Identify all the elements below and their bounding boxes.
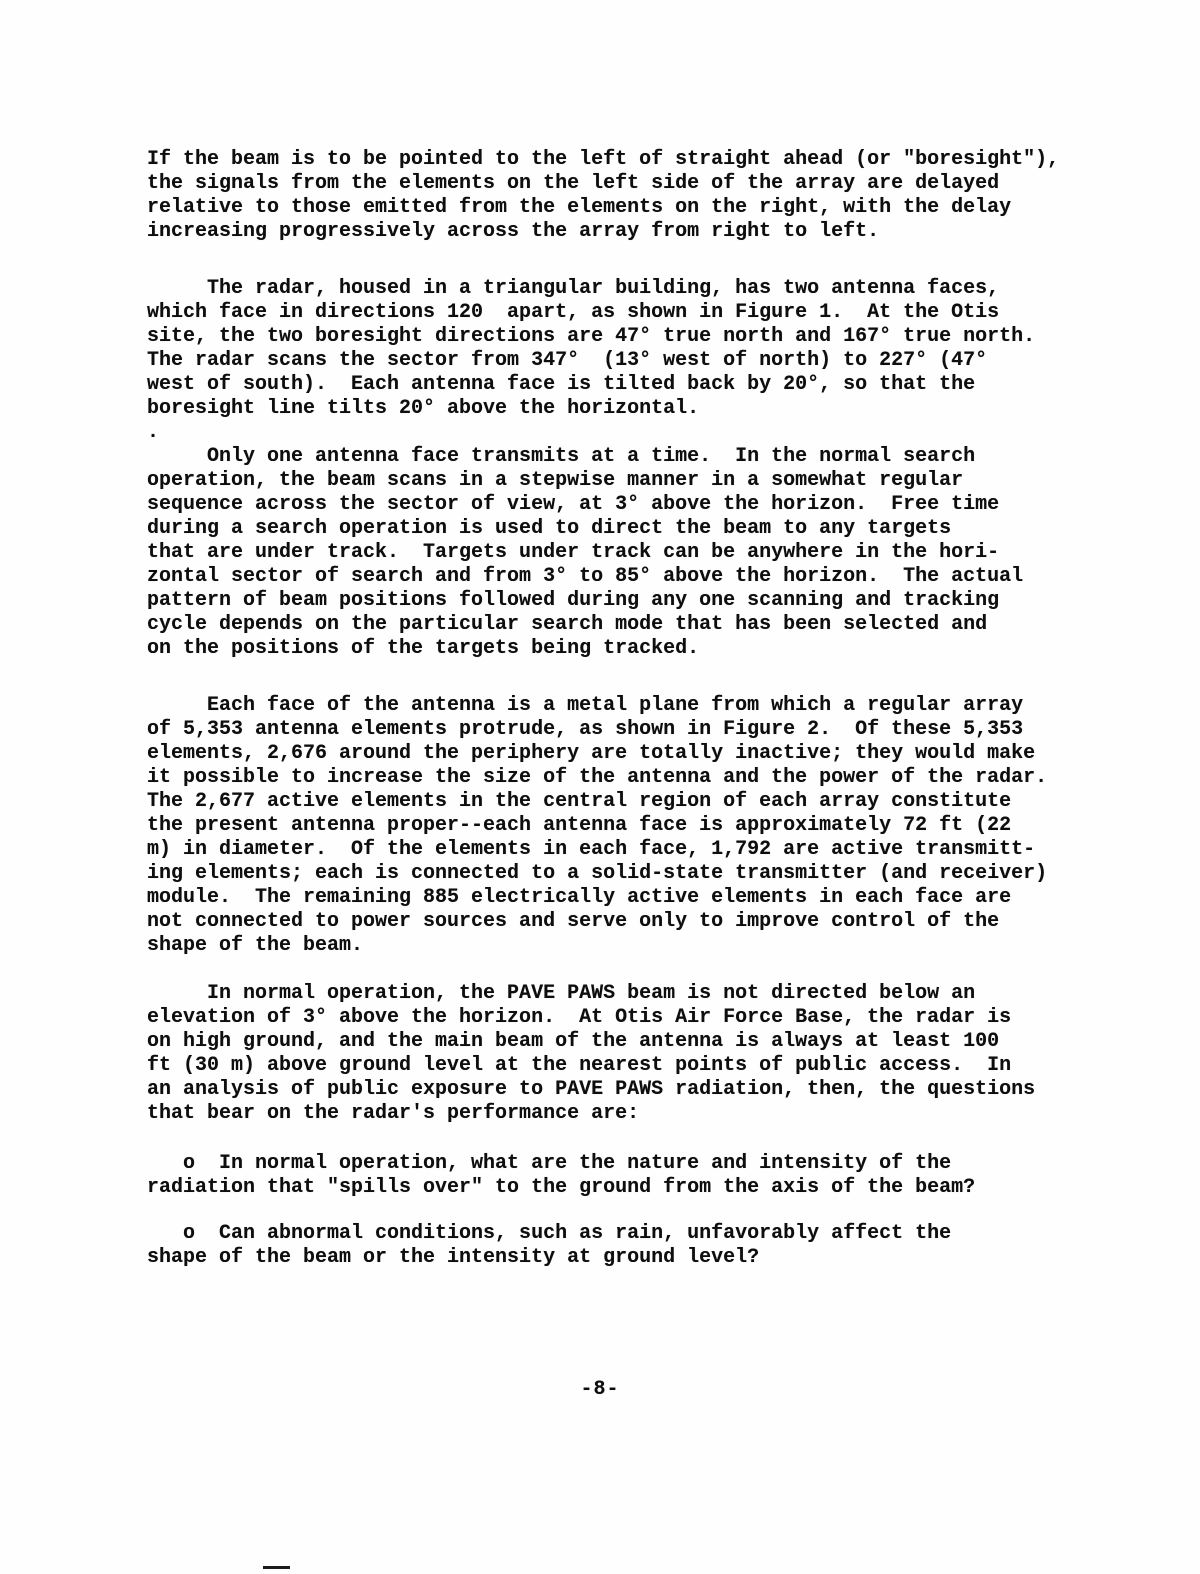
- text-line: shape of the beam or the intensity at gr…: [147, 1246, 1127, 1270]
- bullet-paragraph: o In normal operation, what are the natu…: [147, 1152, 1127, 1200]
- text-line: which face in directions 120 apart, as s…: [147, 301, 1127, 325]
- text-line: during a search operation is used to dir…: [147, 517, 1127, 541]
- paragraph: Only one antenna face transmits at a tim…: [147, 445, 1127, 661]
- paragraph: If the beam is to be pointed to the left…: [147, 148, 1127, 244]
- text-line: If the beam is to be pointed to the left…: [147, 148, 1127, 172]
- text-line: on high ground, and the main beam of the…: [147, 1030, 1127, 1054]
- paragraph: The radar, housed in a triangular buildi…: [147, 277, 1127, 421]
- text-line: radiation that "spills over" to the grou…: [147, 1176, 1127, 1200]
- text-line: west of south). Each antenna face is til…: [147, 373, 1127, 397]
- text-line: cycle depends on the particular search m…: [147, 613, 1127, 637]
- text-line: elements, 2,676 around the periphery are…: [147, 742, 1127, 766]
- text-line: that bear on the radar's performance are…: [147, 1102, 1127, 1126]
- text-line: .: [147, 421, 1127, 445]
- text-line: sequence across the sector of view, at 3…: [147, 493, 1127, 517]
- text-line: of 5,353 antenna elements protrude, as s…: [147, 718, 1127, 742]
- text-line: elevation of 3° above the horizon. At Ot…: [147, 1006, 1127, 1030]
- text-line: o Can abnormal conditions, such as rain,…: [147, 1222, 1127, 1246]
- text-line: boresight line tilts 20° above the horiz…: [147, 397, 1127, 421]
- text-line: the signals from the elements on the lef…: [147, 172, 1127, 196]
- stray-mark: [263, 1566, 290, 1569]
- text-line: site, the two boresight directions are 4…: [147, 325, 1127, 349]
- text-line: relative to those emitted from the eleme…: [147, 196, 1127, 220]
- text-line: module. The remaining 885 electrically a…: [147, 886, 1127, 910]
- text-line: Only one antenna face transmits at a tim…: [147, 445, 1127, 469]
- text-line: In normal operation, the PAVE PAWS beam …: [147, 982, 1127, 1006]
- text-line: Each face of the antenna is a metal plan…: [147, 694, 1127, 718]
- text-line: m) in diameter. Of the elements in each …: [147, 838, 1127, 862]
- document-page: If the beam is to be pointed to the left…: [0, 0, 1200, 1574]
- text-line: it possible to increase the size of the …: [147, 766, 1127, 790]
- text-line: ing elements; each is connected to a sol…: [147, 862, 1127, 886]
- bullet-paragraph: o Can abnormal conditions, such as rain,…: [147, 1222, 1127, 1270]
- stray-period-line: .: [147, 421, 1127, 445]
- text-line: not connected to power sources and serve…: [147, 910, 1127, 934]
- text-line: The radar, housed in a triangular buildi…: [147, 277, 1127, 301]
- text-line: o In normal operation, what are the natu…: [147, 1152, 1127, 1176]
- text-line: operation, the beam scans in a stepwise …: [147, 469, 1127, 493]
- text-line: on the positions of the targets being tr…: [147, 637, 1127, 661]
- text-line: pattern of beam positions followed durin…: [147, 589, 1127, 613]
- text-line: the present antenna proper--each antenna…: [147, 814, 1127, 838]
- paragraph: Each face of the antenna is a metal plan…: [147, 694, 1127, 958]
- text-line: an analysis of public exposure to PAVE P…: [147, 1078, 1127, 1102]
- text-line: ft (30 m) above ground level at the near…: [147, 1054, 1127, 1078]
- text-line: that are under track. Targets under trac…: [147, 541, 1127, 565]
- text-line: The radar scans the sector from 347° (13…: [147, 349, 1127, 373]
- text-line: shape of the beam.: [147, 934, 1127, 958]
- text-line: increasing progressively across the arra…: [147, 220, 1127, 244]
- page-number: -8-: [0, 1378, 1200, 1401]
- text-line: zontal sector of search and from 3° to 8…: [147, 565, 1127, 589]
- paragraph: In normal operation, the PAVE PAWS beam …: [147, 982, 1127, 1126]
- text-line: The 2,677 active elements in the central…: [147, 790, 1127, 814]
- document-body: If the beam is to be pointed to the left…: [147, 148, 1127, 1270]
